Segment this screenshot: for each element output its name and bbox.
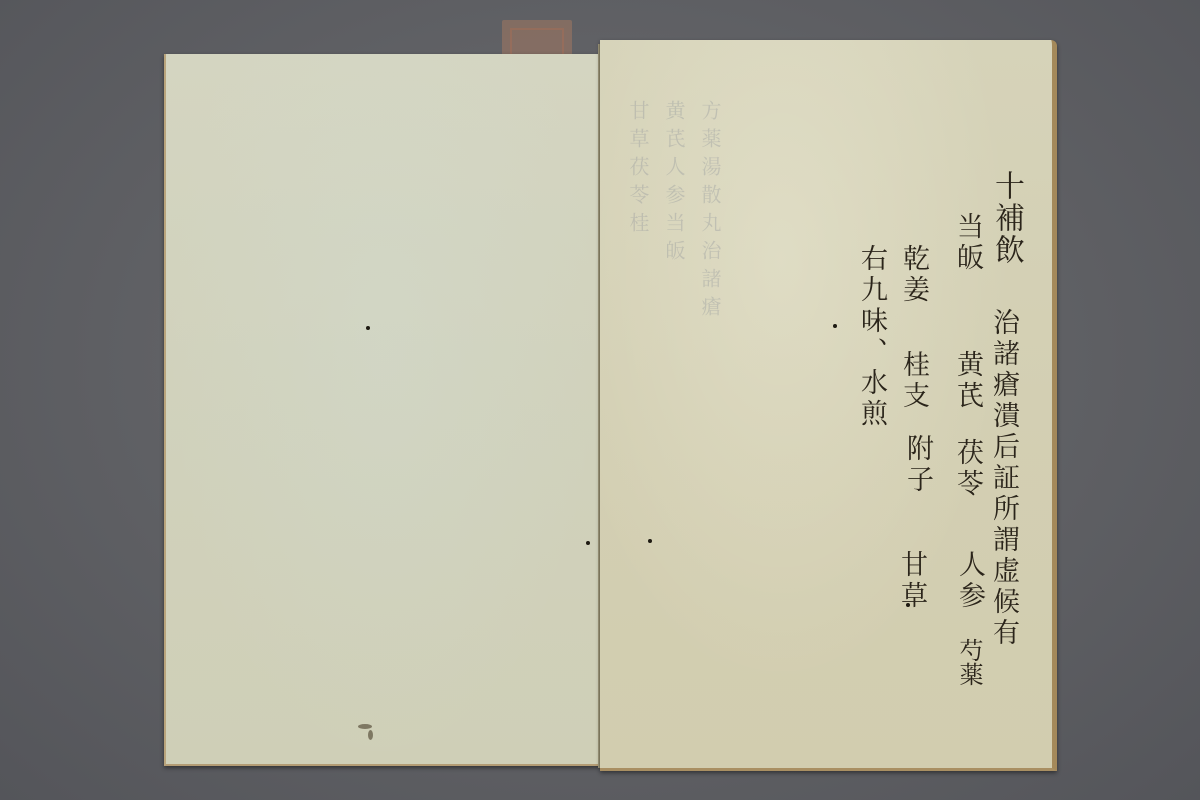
open-book: 方薬湯散丸治諸瘡黄芪人参当皈甘草茯苓桂 十補飲 治諸瘡潰后証所謂虚候有 当皈 黄… [164, 40, 1058, 770]
ink-dot [586, 541, 590, 545]
recipe-title: 十補飲 [984, 170, 1028, 266]
ink-dot [648, 539, 652, 543]
ingredient: 黄芪 [948, 350, 987, 412]
ingredient: 当皈 [948, 212, 987, 274]
ink-smudge [368, 730, 373, 740]
preparation-instructions: 右九味、水煎 [852, 244, 891, 430]
ingredient: 乾姜 [894, 244, 933, 306]
ingredient: 芍薬 [952, 638, 987, 686]
bleed-through-text: 方薬湯散丸治諸瘡黄芪人参当皈甘草茯苓桂 [620, 100, 728, 720]
recipe-description: 治諸瘡潰后証所謂虚候有 [984, 308, 1023, 649]
ink-dot [833, 324, 837, 328]
left-page [164, 54, 602, 766]
ingredient: 附子 [898, 434, 937, 496]
ingredient: 甘草 [892, 550, 931, 612]
ingredient: 桂支 [894, 350, 933, 412]
ink-smudge [358, 724, 372, 729]
ink-dot [366, 326, 370, 330]
ingredient: 人参 [950, 550, 989, 612]
ingredient: 茯苓 [948, 438, 987, 500]
right-page: 方薬湯散丸治諸瘡黄芪人参当皈甘草茯苓桂 十補飲 治諸瘡潰后証所謂虚候有 当皈 黄… [600, 40, 1057, 771]
